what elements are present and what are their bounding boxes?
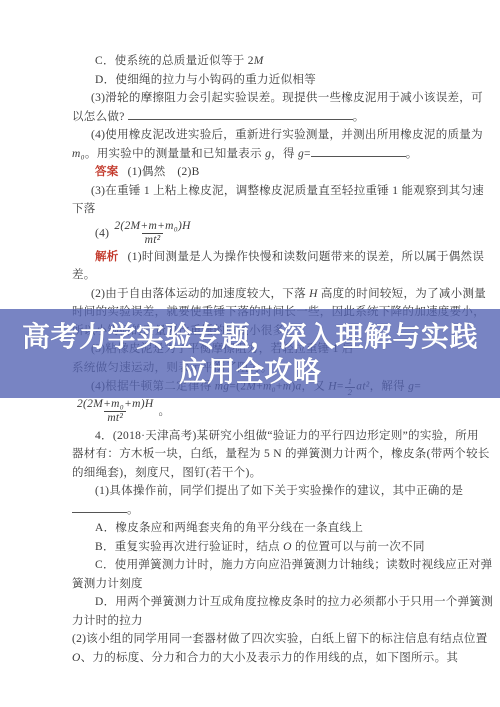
text-segment: 。 — [127, 504, 139, 516]
text-segment: 下落 — [72, 203, 96, 215]
doc-line: (1)具体操作前，同学们提出了如下关于实验操作的建议，其中正确的是 — [95, 482, 464, 501]
doc-line: C．使用弹簧测力计时，施力方向应沿弹簧测力计轴线；读数时视线应正对弹 — [95, 556, 464, 575]
math-variable: M — [254, 55, 264, 67]
doc-line: 器材有：方木板一块，白纸，量程为 5 N 的弹簧测力计两个，橡皮条(带两个较长 — [72, 445, 464, 464]
doc-line: B．重复实验再次进行验证时，结点 O 的位置可以与前一次不同 — [95, 538, 464, 557]
text-segment: 。 — [158, 405, 170, 417]
text-segment: 差。 — [72, 269, 96, 281]
text-segment: (4)使用橡皮泥改进实验后，重新进行实验测量，并测出所用橡皮泥的质量为 — [91, 129, 483, 141]
text-segment: (1)偶然 (2)B — [128, 166, 200, 178]
doc-line: (3)滑轮的摩擦阻力会引起实验误差。现提供一些橡皮泥用于减小该误差，可 — [91, 89, 464, 108]
doc-line: 以怎么做? 。 — [72, 108, 464, 127]
fill-in-blank — [72, 502, 127, 513]
text-segment: 力计时的拉力 — [72, 615, 143, 627]
doc-line: 力计时的拉力 — [72, 612, 464, 631]
doc-line: (2)该小组的同学用同一套器材做了四次实验，白纸上留下的标注信息有结点位置 — [72, 630, 464, 649]
doc-line: (3)在重锤 1 上粘上橡皮泥，调整橡皮泥质量直至轻拉重锤 1 能观察到其匀速 — [91, 182, 464, 201]
math-variable: m₀ — [72, 148, 85, 160]
doc-line: 差。 — [72, 266, 464, 285]
text-segment: (1)具体操作前，同学们提出了如下关于实验操作的建议，其中正确的是 — [95, 485, 463, 497]
doc-line: (4)使用橡皮泥改进实验后，重新进行实验测量，并测出所用橡皮泥的质量为 — [91, 126, 464, 145]
text-segment: 。 — [406, 148, 418, 160]
text-segment: (1)时间测量是人为操作快慢和读数问题带来的误差，所以属于偶然误 — [128, 251, 485, 263]
text-segment: D．用两个弹簧测力计互成角度拉橡皮条时的拉力必须都小于只用一个弹簧测 — [95, 596, 493, 608]
text-segment: 以怎么做? — [72, 111, 128, 123]
fraction-denominator: mt² — [104, 411, 126, 425]
text-segment: 高度的时间较短，为了减小测量 — [318, 288, 486, 300]
doc-line: D．使细绳的拉力与小钩码的重力近似相等 — [95, 71, 464, 90]
doc-line: 解析(1)时间测量是人为操作快慢和读数问题带来的误差，所以属于偶然误 — [95, 248, 464, 267]
fraction: 2(2M+m₀+m)Hmt² — [74, 398, 156, 425]
doc-line: 4．(2018·天津高考)某研究小组做“验证力的平行四边形定则”的实验，所用 — [95, 427, 464, 446]
text-segment: B．重复实验再次进行验证时，结点 — [95, 541, 283, 553]
text-segment: 。 — [353, 111, 365, 123]
text-segment: 器材有：方木板一块，白纸，量程为 5 N 的弹簧测力计两个，橡皮条(带两个较长 — [72, 448, 490, 460]
fraction-denominator: mt² — [142, 233, 164, 247]
doc-line: 2(2M+m₀+m)Hmt²。 — [72, 397, 464, 426]
answer-label: 答案 — [95, 166, 119, 178]
text-segment: 的位置可以与前一次不同 — [292, 541, 425, 553]
text-segment: 4．(2018·天津高考)某研究小组做“验证力的平行四边形定则”的实验，所用 — [95, 430, 479, 442]
text-segment: 。用实验中的测量量和已知量表示 — [85, 148, 265, 160]
text-segment: 、力的标度、分力和合力的大小及表示力的作用线的点，如下图所示。其 — [81, 652, 459, 664]
overlay-title-line2: 应用全攻略 — [0, 354, 500, 389]
doc-line: D．用两个弹簧测力计互成角度拉橡皮条时的拉力必须都小于只用一个弹簧测 — [95, 593, 464, 612]
text-segment: C．使用弹簧测力计时，施力方向应沿弹簧测力计轴线；读数时视线应正对弹 — [95, 559, 492, 571]
text-segment: D．使细绳的拉力与小钩码的重力近似相等 — [95, 74, 316, 86]
doc-line: 下落 — [72, 200, 464, 219]
doc-line: A．橡皮条应和两绳套夹角的角平分线在一条直线上 — [95, 519, 464, 538]
text-segment: (2)由于自由落体运动的加速度较大，下落 — [91, 288, 309, 300]
doc-line: 。 — [72, 501, 464, 520]
overlay-title-line1: 高考力学实验专题，深入理解与实践 — [0, 319, 500, 354]
text-segment: (3)在重锤 1 上粘上橡皮泥，调整橡皮泥质量直至轻拉重锤 1 能观察到其匀速 — [91, 185, 484, 197]
text-segment: (2)该小组的同学用同一套器材做了四次实验，白纸上留下的标注信息有结点位置 — [72, 633, 488, 645]
text-segment: = — [304, 148, 311, 160]
doc-line: 的细绳套)，刻度尺，图钉(若干个)。 — [72, 464, 464, 483]
text-segment: A．橡皮条应和两绳套夹角的角平分线在一条直线上 — [95, 522, 363, 534]
math-variable: O — [72, 652, 81, 664]
doc-line: 簧测力计刻度 — [72, 575, 464, 594]
text-segment: 的细绳套)，刻度尺，图钉(若干个)。 — [72, 467, 261, 479]
doc-line: (4)2(2M+m+m₀)Hmt² — [95, 219, 464, 248]
fraction: 2(2M+m+m₀)Hmt² — [111, 220, 193, 247]
document-page: C．使系统的总质量近似等于 2MD．使细绳的拉力与小钩码的重力近似相等(3)滑轮… — [0, 0, 500, 707]
doc-line: O、力的标度、分力和合力的大小及表示力的作用线的点，如下图所示。其 — [72, 649, 464, 668]
answer-label: 解析 — [95, 251, 119, 263]
text-segment: ，得 — [271, 148, 298, 160]
doc-line: (2)由于自由落体运动的加速度较大，下落 H 高度的时间较短，为了减小测量 — [91, 285, 464, 304]
text-segment: 簧测力计刻度 — [72, 578, 143, 590]
fill-in-blank — [311, 146, 406, 157]
math-variable: O — [283, 541, 292, 553]
doc-line: C．使系统的总质量近似等于 2M — [95, 52, 464, 71]
text-segment: (3)滑轮的摩擦阻力会引起实验误差。现提供一些橡皮泥用于减小该误差，可 — [91, 92, 483, 104]
text-segment: C．使系统的总质量近似等于 2 — [95, 55, 254, 67]
doc-line: m₀。用实验中的测量量和已知量表示 g，得 g=。 — [72, 145, 464, 164]
math-variable: H — [309, 288, 318, 300]
title-overlay-band: 高考力学实验专题，深入理解与实践 应用全攻略 — [0, 309, 500, 398]
text-segment: (4) — [95, 227, 109, 239]
fill-in-blank — [128, 109, 353, 120]
doc-line: 答案(1)偶然 (2)B — [95, 163, 464, 182]
fraction-numerator: 2(2M+m₀+m)H — [74, 398, 156, 411]
fraction-numerator: 2(2M+m+m₀)H — [111, 220, 193, 233]
